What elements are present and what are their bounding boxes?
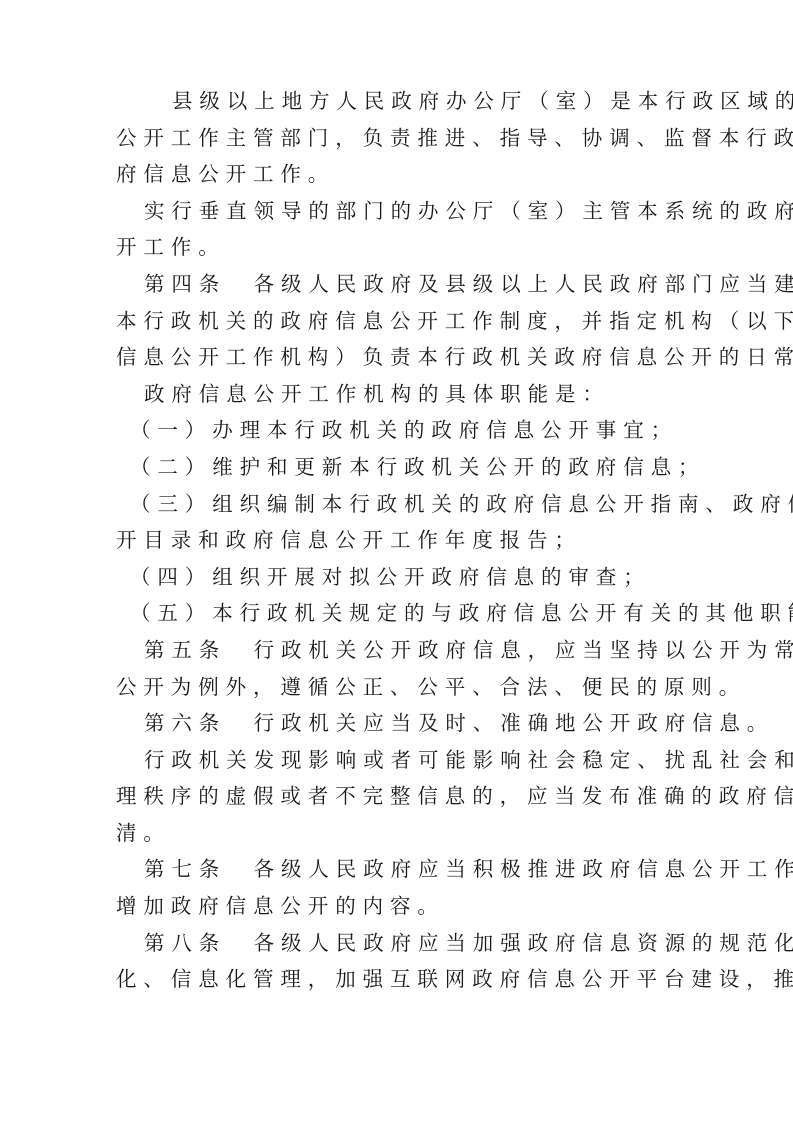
text-line: （三）组织编制本行政机关的政府信息公开指南、政府信息公	[116, 486, 686, 523]
article-6: 第六条 行政机关应当及时、准确地公开政府信息。	[116, 705, 686, 742]
article-4: 第四条 各级人民政府及县级以上人民政府部门应当建立健全 本行政机关的政府信息公开…	[116, 266, 686, 376]
article-7: 第七条 各级人民政府应当积极推进政府信息公开工作，逐步 增加政府信息公开的内容。	[116, 851, 686, 924]
text-line: 政府信息公开工作机构的具体职能是：	[116, 376, 686, 413]
text-line: 实行垂直领导的部门的办公厅（室）主管本系统的政府信息公	[116, 193, 686, 230]
list-item-2: （二）维护和更新本行政机关公开的政府信息；	[116, 449, 686, 486]
text-line: 开目录和政府信息公开工作年度报告；	[116, 522, 686, 559]
text-line: 第五条 行政机关公开政府信息，应当坚持以公开为常态、不	[116, 632, 686, 669]
text-line: 行政机关发现影响或者可能影响社会稳定、扰乱社会和经济管	[116, 742, 686, 779]
list-item-1: （一）办理本行政机关的政府信息公开事宜；	[116, 412, 686, 449]
text-line: 公开为例外，遵循公正、公平、合法、便民的原则。	[116, 669, 686, 706]
text-line: （四）组织开展对拟公开政府信息的审查；	[116, 559, 686, 596]
paragraph-county-office: 县级以上地方人民政府办公厅（室）是本行政区域的政府信息 公开工作主管部门，负责推…	[116, 83, 686, 193]
text-line: （五）本行政机关规定的与政府信息公开有关的其他职能。	[116, 595, 686, 632]
list-item-3: （三）组织编制本行政机关的政府信息公开指南、政府信息公 开目录和政府信息公开工作…	[116, 486, 686, 559]
text-line: 公开工作主管部门，负责推进、指导、协调、监督本行政区域的政	[116, 120, 686, 157]
text-line: （二）维护和更新本行政机关公开的政府信息；	[116, 449, 686, 486]
paragraph-functions-intro: 政府信息公开工作机构的具体职能是：	[116, 376, 686, 413]
text-line: 理秩序的虚假或者不完整信息的，应当发布准确的政府信息予以澄	[116, 778, 686, 815]
text-line: （一）办理本行政机关的政府信息公开事宜；	[116, 412, 686, 449]
text-line: 信息公开工作机构）负责本行政机关政府信息公开的日常工作。	[116, 339, 686, 376]
list-item-4: （四）组织开展对拟公开政府信息的审查；	[116, 559, 686, 596]
list-item-5: （五）本行政机关规定的与政府信息公开有关的其他职能。	[116, 595, 686, 632]
article-5: 第五条 行政机关公开政府信息，应当坚持以公开为常态、不 公开为例外，遵循公正、公…	[116, 632, 686, 705]
text-line: 开工作。	[116, 229, 686, 266]
text-line: 增加政府信息公开的内容。	[116, 888, 686, 925]
paragraph-vertical-leadership: 实行垂直领导的部门的办公厅（室）主管本系统的政府信息公 开工作。	[116, 193, 686, 266]
text-line: 府信息公开工作。	[116, 156, 686, 193]
paragraph-false-information: 行政机关发现影响或者可能影响社会稳定、扰乱社会和经济管 理秩序的虚假或者不完整信…	[116, 742, 686, 852]
text-line: 第八条 各级人民政府应当加强政府信息资源的规范化、标准	[116, 925, 686, 962]
article-8: 第八条 各级人民政府应当加强政府信息资源的规范化、标准 化、信息化管理，加强互联…	[116, 925, 686, 998]
text-line: 第六条 行政机关应当及时、准确地公开政府信息。	[116, 705, 686, 742]
document-body: 县级以上地方人民政府办公厅（室）是本行政区域的政府信息 公开工作主管部门，负责推…	[116, 83, 686, 998]
text-line: 第七条 各级人民政府应当积极推进政府信息公开工作，逐步	[116, 851, 686, 888]
text-line: 县级以上地方人民政府办公厅（室）是本行政区域的政府信息	[116, 83, 686, 120]
text-line: 化、信息化管理，加强互联网政府信息公开平台建设，推进政府信	[116, 961, 686, 998]
text-line: 清。	[116, 815, 686, 852]
text-line: 第四条 各级人民政府及县级以上人民政府部门应当建立健全	[116, 266, 686, 303]
document-page: 县级以上地方人民政府办公厅（室）是本行政区域的政府信息 公开工作主管部门，负责推…	[0, 0, 793, 1122]
text-line: 本行政机关的政府信息公开工作制度，并指定机构（以下统称政府	[116, 303, 686, 340]
